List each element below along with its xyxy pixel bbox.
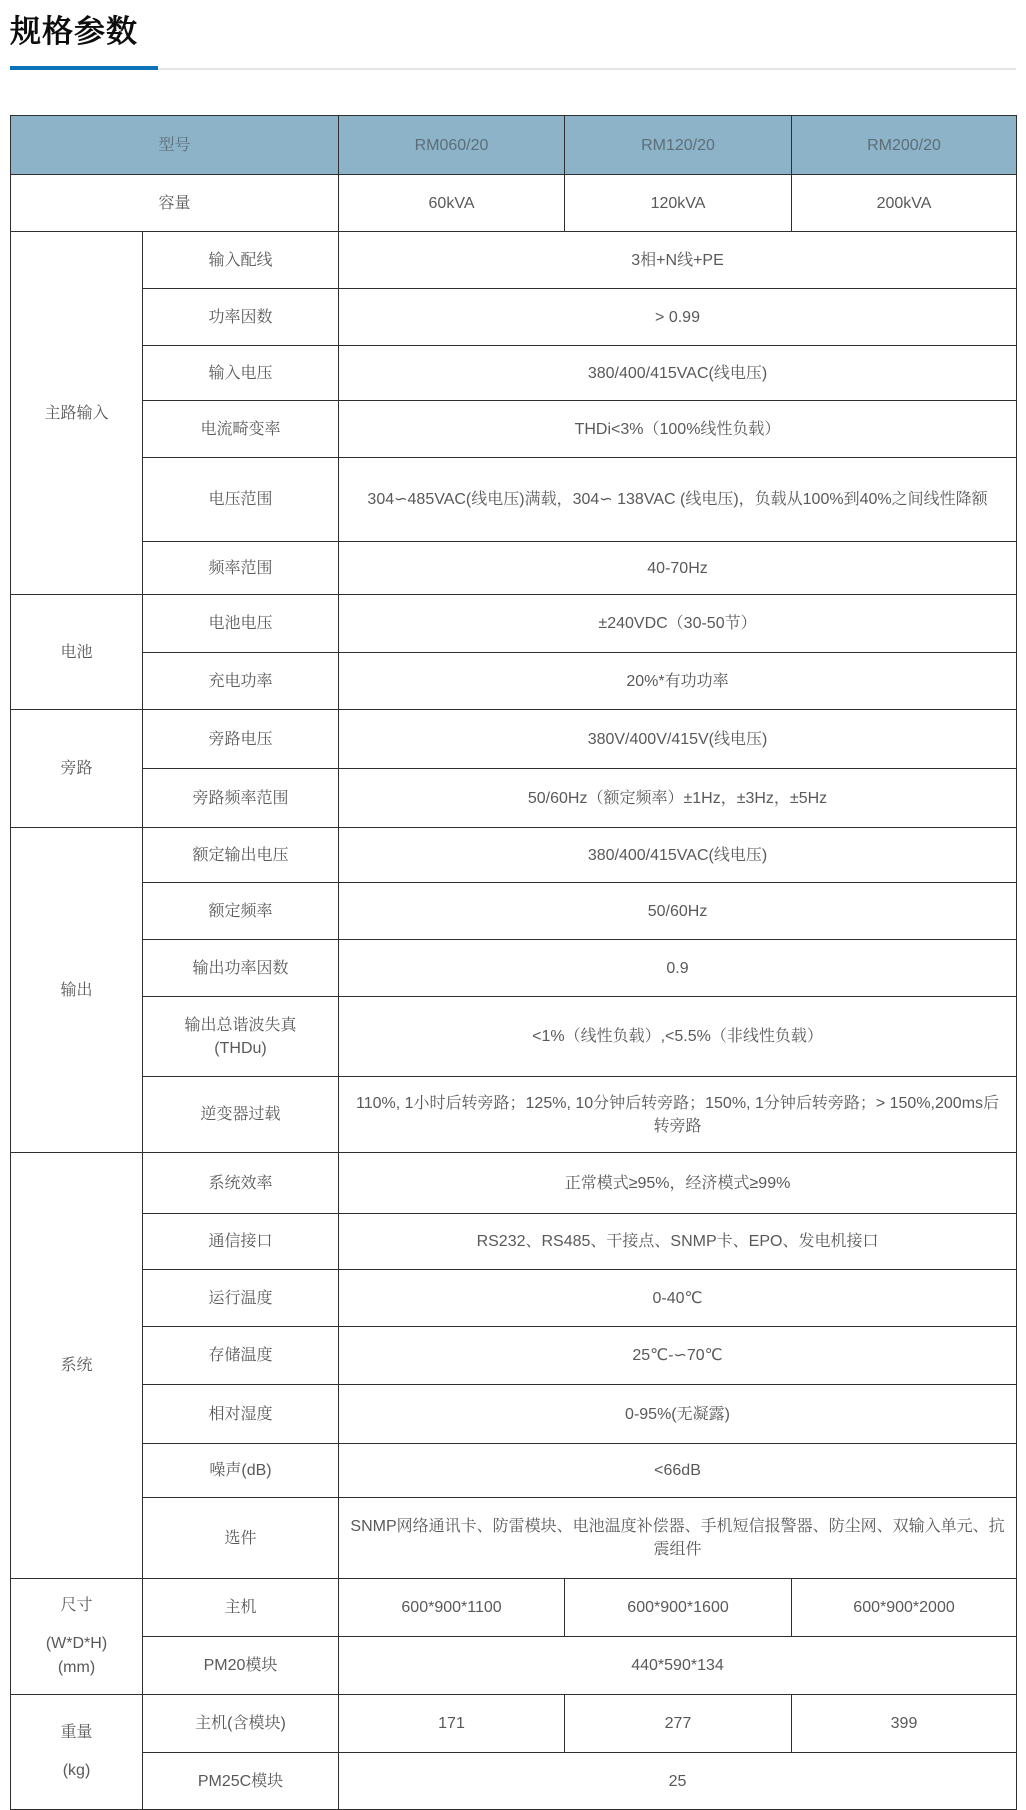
page-title: 规格参数 [0,0,1026,52]
table-row: PM20模块 440*590*134 [11,1637,1017,1695]
param-label-cell: 充电功率 [143,653,339,710]
table-row: 选件 SNMP网络通讯卡、防雷模块、电池温度补偿器、手机短信报警器、防尘网、双输… [11,1498,1017,1579]
table-row: 输出总谐波失真 (THDu) <1%（线性负载）,<5.5%（非线性负载） [11,997,1017,1077]
param-value-cell: 0.9 [339,940,1017,997]
param-value-cell: 40-70Hz [339,542,1017,595]
param-label-cell: 旁路频率范围 [143,769,339,828]
title-underline-accent [10,66,158,70]
category-line: (W*D*H) [21,1632,132,1656]
param-value-cell: 25 [339,1753,1017,1810]
param-label-cell: 电池电压 [143,595,339,653]
table-row: 运行温度 0-40℃ [11,1270,1017,1327]
category-cell-weight: 重量 (kg) [11,1695,143,1810]
param-value-cell: 600*900*2000 [792,1579,1017,1637]
param-label-cell: 输入电压 [143,346,339,401]
table-row: 输入电压 380/400/415VAC(线电压) [11,346,1017,401]
param-value-cell: 399 [792,1695,1017,1753]
param-value-cell: > 0.99 [339,289,1017,346]
model-header-label: 型号 [11,116,339,175]
param-label-cell: 输出总谐波失真 (THDu) [143,997,339,1077]
param-value-cell: 171 [339,1695,565,1753]
param-value-cell: 0-95%(无凝露) [339,1385,1017,1444]
param-value-cell: SNMP网络通讯卡、防雷模块、电池温度补偿器、手机短信报警器、防尘网、双输入单元… [339,1498,1017,1579]
param-value-cell: 25℃-∽70℃ [339,1327,1017,1385]
param-value-cell: 0-40℃ [339,1270,1017,1327]
category-cell-dimensions: 尺寸 (W*D*H) (mm) [11,1579,143,1695]
param-label-cell: 相对湿度 [143,1385,339,1444]
category-line: 重量 [21,1721,132,1745]
table-row: 电压范围 304∽485VAC(线电压)满载，304∽ 138VAC (线电压)… [11,458,1017,542]
table-row: 旁路频率范围 50/60Hz（额定频率）±1Hz，±3Hz，±5Hz [11,769,1017,828]
table-row: 主路输入 输入配线 3相+N线+PE [11,232,1017,289]
param-label-cell: 频率范围 [143,542,339,595]
param-label-line: 输出总谐波失真 [153,1014,328,1037]
model-name-cell: RM060/20 [339,116,565,175]
param-label-line: (THDu) [153,1037,328,1060]
param-value-cell: 50/60Hz [339,883,1017,940]
table-row: 尺寸 (W*D*H) (mm) 主机 600*900*1100 600*900*… [11,1579,1017,1637]
param-label-cell: 旁路电压 [143,710,339,769]
param-value-cell: ±240VDC（30-50节） [339,595,1017,653]
param-value-cell: <66dB [339,1444,1017,1498]
param-value-cell: 120kVA [565,175,792,232]
param-value-cell: 380V/400V/415V(线电压) [339,710,1017,769]
param-value-cell: 60kVA [339,175,565,232]
table-row: PM25C模块 25 [11,1753,1017,1810]
model-name-cell: RM120/20 [565,116,792,175]
param-label-cell: 额定输出电压 [143,828,339,883]
table-row: 输出 额定输出电压 380/400/415VAC(线电压) [11,828,1017,883]
param-value-cell: 600*900*1600 [565,1579,792,1637]
table-row: 额定频率 50/60Hz [11,883,1017,940]
table-row: 电流畸变率 THDi<3%（100%线性负载） [11,401,1017,458]
category-line: (kg) [21,1759,132,1783]
table-row: 逆变器过载 110%, 1小时后转旁路；125%, 10分钟后转旁路；150%,… [11,1077,1017,1153]
param-label-cell: 逆变器过载 [143,1077,339,1153]
param-label-cell: 主机(含模块) [143,1695,339,1753]
table-row: 旁路 旁路电压 380V/400V/415V(线电压) [11,710,1017,769]
param-label-cell: 额定频率 [143,883,339,940]
param-label-cell: 存储温度 [143,1327,339,1385]
param-label-cell: PM20模块 [143,1637,339,1695]
table-row: 通信接口 RS232、RS485、干接点、SNMP卡、EPO、发电机接口 [11,1214,1017,1270]
param-label-cell: 功率因数 [143,289,339,346]
table-row: 重量 (kg) 主机(含模块) 171 277 399 [11,1695,1017,1753]
category-cell-output: 输出 [11,828,143,1153]
param-label-cell: 容量 [11,175,339,232]
param-value-cell: 3相+N线+PE [339,232,1017,289]
param-value-cell: 600*900*1100 [339,1579,565,1637]
param-value-cell: 200kVA [792,175,1017,232]
category-line: 尺寸 [21,1594,132,1618]
table-row: 噪声(dB) <66dB [11,1444,1017,1498]
param-value-cell: 正常模式≥95%，经济模式≥99% [339,1153,1017,1214]
param-value-cell: 304∽485VAC(线电压)满载，304∽ 138VAC (线电压)，负载从1… [339,458,1017,542]
param-value-cell: 380/400/415VAC(线电压) [339,828,1017,883]
param-value-cell: 277 [565,1695,792,1753]
category-cell-battery: 电池 [11,595,143,710]
param-label-cell: 输入配线 [143,232,339,289]
param-value-cell: RS232、RS485、干接点、SNMP卡、EPO、发电机接口 [339,1214,1017,1270]
param-value-cell: 110%, 1小时后转旁路；125%, 10分钟后转旁路；150%, 1分钟后转… [339,1077,1017,1153]
param-label-cell: 运行温度 [143,1270,339,1327]
table-row: 充电功率 20%*有功功率 [11,653,1017,710]
category-line: (mm) [21,1656,132,1680]
table-row: 系统 系统效率 正常模式≥95%，经济模式≥99% [11,1153,1017,1214]
model-name-cell: RM200/20 [792,116,1017,175]
table-row: 功率因数 > 0.99 [11,289,1017,346]
param-label-cell: 电压范围 [143,458,339,542]
spec-table: 型号 RM060/20 RM120/20 RM200/20 容量 60kVA 1… [10,115,1017,1810]
param-label-cell: 噪声(dB) [143,1444,339,1498]
table-row: 频率范围 40-70Hz [11,542,1017,595]
param-label-cell: 电流畸变率 [143,401,339,458]
title-underline-gray [10,68,1016,70]
table-row: 相对湿度 0-95%(无凝露) [11,1385,1017,1444]
param-label-cell: 主机 [143,1579,339,1637]
category-cell-system: 系统 [11,1153,143,1579]
capacity-row: 容量 60kVA 120kVA 200kVA [11,175,1017,232]
table-row: 存储温度 25℃-∽70℃ [11,1327,1017,1385]
param-value-cell: <1%（线性负载）,<5.5%（非线性负载） [339,997,1017,1077]
table-row: 电池 电池电压 ±240VDC（30-50节） [11,595,1017,653]
param-value-cell: 50/60Hz（额定频率）±1Hz，±3Hz，±5Hz [339,769,1017,828]
param-label-cell: 输出功率因数 [143,940,339,997]
category-cell-main-input: 主路输入 [11,232,143,595]
param-value-cell: 440*590*134 [339,1637,1017,1695]
param-value-cell: THDi<3%（100%线性负载） [339,401,1017,458]
category-cell-bypass: 旁路 [11,710,143,828]
table-row: 输出功率因数 0.9 [11,940,1017,997]
param-value-cell: 20%*有功功率 [339,653,1017,710]
param-label-cell: 通信接口 [143,1214,339,1270]
param-label-cell: 选件 [143,1498,339,1579]
title-underline [10,66,1016,70]
param-value-cell: 380/400/415VAC(线电压) [339,346,1017,401]
param-label-cell: 系统效率 [143,1153,339,1214]
param-label-cell: PM25C模块 [143,1753,339,1810]
table-header-row: 型号 RM060/20 RM120/20 RM200/20 [11,116,1017,175]
